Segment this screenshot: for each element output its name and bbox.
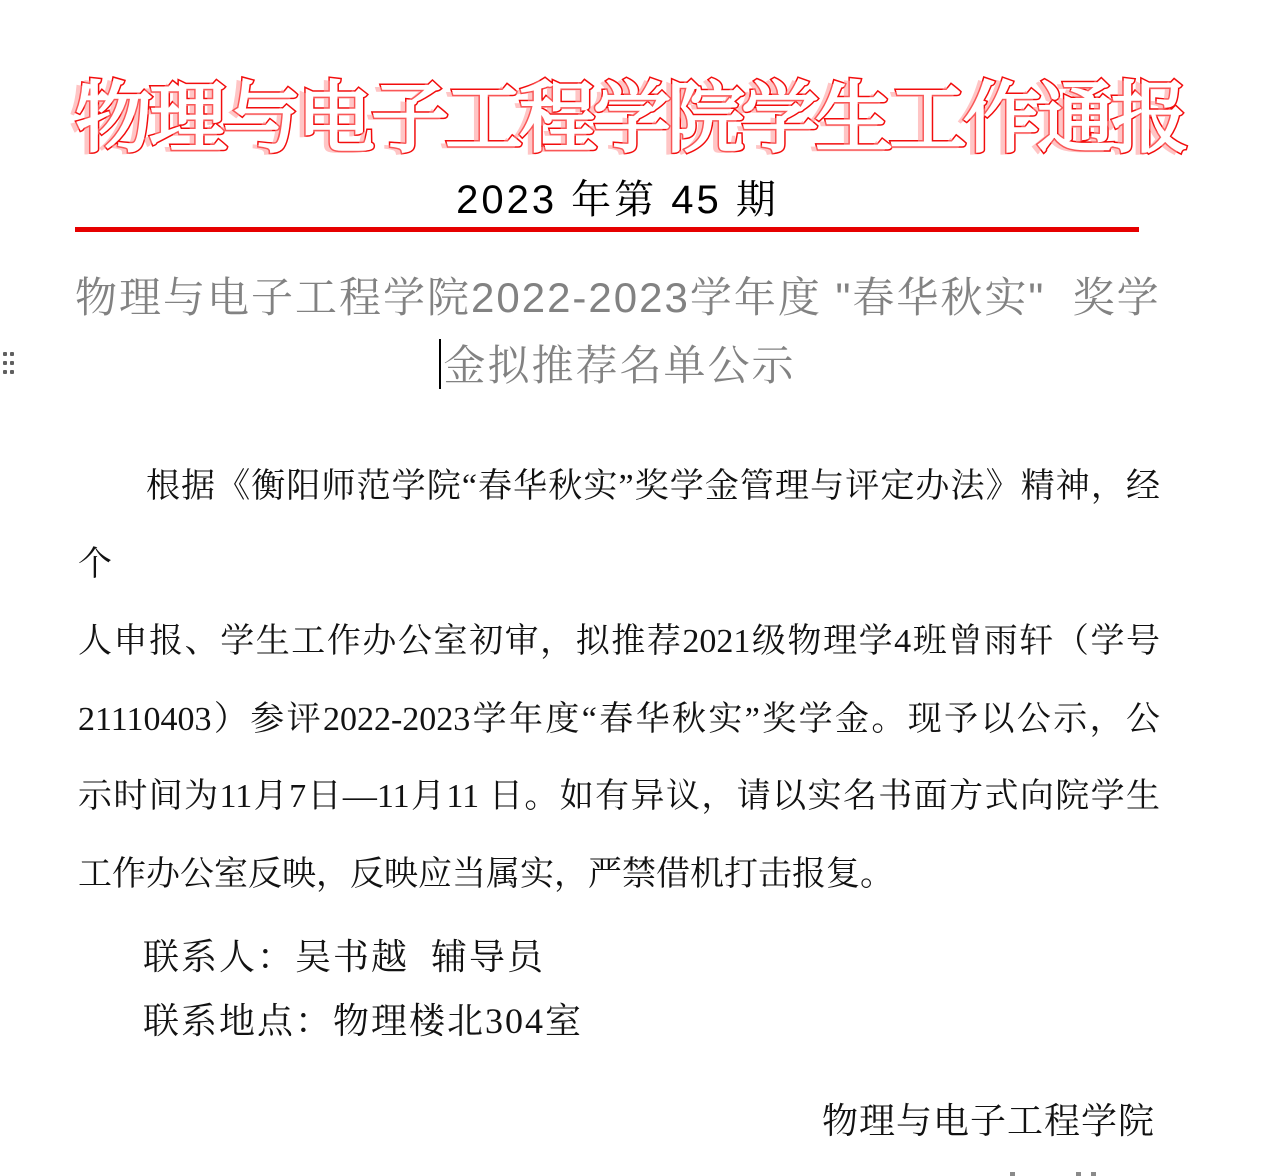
cutoff-text-remnant xyxy=(1010,1172,1015,1176)
body-line: 21110403）参评2022-2023学年度“春华秋实”奖学金。现予以公示，公 xyxy=(78,681,1160,759)
notice-heading-line2: 金拟推荐名单公示 xyxy=(75,338,1160,394)
header-divider-rule xyxy=(75,227,1139,232)
bulletin-title: 物理与电子工程学院学生工作通报 xyxy=(75,66,1160,170)
document-page: 物理与电子工程学院学生工作通报 2023 年第 45 期 物理与电子工程学院20… xyxy=(0,0,1276,1176)
cutoff-text-remnant xyxy=(1091,1172,1096,1176)
notice-heading-line2-text: 金拟推荐名单公示 xyxy=(443,342,795,389)
body-line: 人申报、学生工作办公室初审，拟推荐2021级物理学4班曾雨轩（学号 xyxy=(78,603,1160,681)
body-line: 示时间为11月7日—11月11 日。如有异议，请以实名书面方式向院学生 xyxy=(78,758,1160,836)
notice-heading-line1: 物理与电子工程学院2022-2023学年度 "春华秋实" 奖学 xyxy=(75,270,1160,326)
text-cursor-caret xyxy=(439,339,441,389)
body-line: 根据《衡阳师范学院“春华秋实”奖学金管理与评定办法》精神，经个 xyxy=(78,448,1160,603)
issue-number: 2023 年第 45 期 xyxy=(75,176,1160,224)
notice-body: 根据《衡阳师范学院“春华秋实”奖学金管理与评定办法》精神，经个 人申报、学生工作… xyxy=(78,448,1160,913)
drag-handle-icon[interactable] xyxy=(3,352,14,374)
signature-department: 物理与电子工程学院 xyxy=(75,1100,1155,1142)
body-line: 工作办公室反映，反映应当属实，严禁借机打击报复。 xyxy=(78,836,1160,914)
cutoff-text-remnant xyxy=(1076,1172,1081,1176)
contact-person: 联系人：吴书越 辅导员 xyxy=(143,937,545,977)
contact-location: 联系地点：物理楼北304室 xyxy=(143,1001,583,1041)
